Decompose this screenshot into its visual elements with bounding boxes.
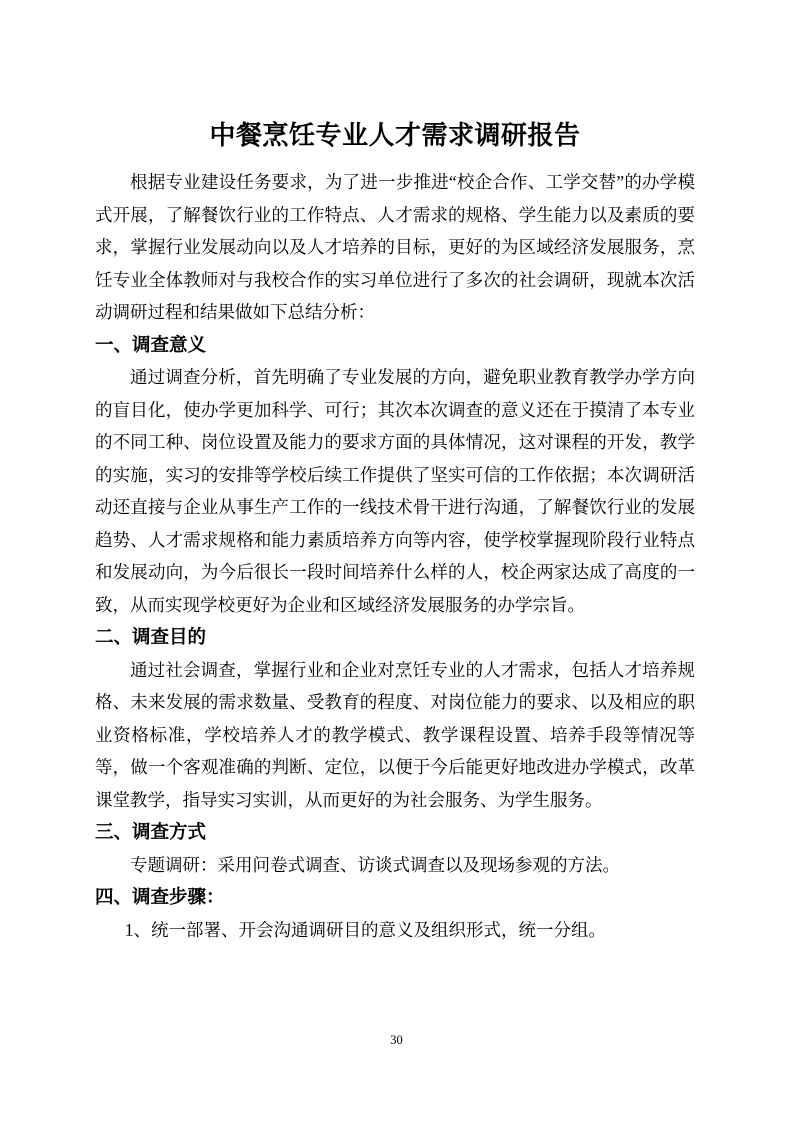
section-heading-4: 四、调查步骤： [95,881,695,914]
section-heading-1: 一、调查意义 [95,329,695,362]
section-heading-2: 二、调查目的 [95,621,695,654]
section-paragraph-1: 通过调查分析，首先明确了专业发展的方向，避免职业教育教学办学方向的盲目化，使办学… [95,361,695,621]
step-item-1: 1、统一部署、开会沟通调研目的意义及组织形式，统一分组。 [95,914,695,947]
page-number: 30 [0,1033,793,1048]
document-page: 中餐烹饪专业人才需求调研报告 根据专业建设任务要求，为了进一步推进“校企合作、工… [0,0,793,1122]
intro-paragraph: 根据专业建设任务要求，为了进一步推进“校企合作、工学交替”的办学模式开展，了解餐… [95,166,695,329]
section-paragraph-3: 专题调研：采用问卷式调查、访谈式调查以及现场参观的方法。 [95,849,695,882]
document-content: 中餐烹饪专业人才需求调研报告 根据专业建设任务要求，为了进一步推进“校企合作、工… [95,116,695,946]
page-title: 中餐烹饪专业人才需求调研报告 [95,116,695,154]
section-paragraph-2: 通过社会调查，掌握行业和企业对烹饪专业的人才需求，包括人才培养规格、未来发展的需… [95,654,695,817]
section-heading-3: 三、调查方式 [95,816,695,849]
